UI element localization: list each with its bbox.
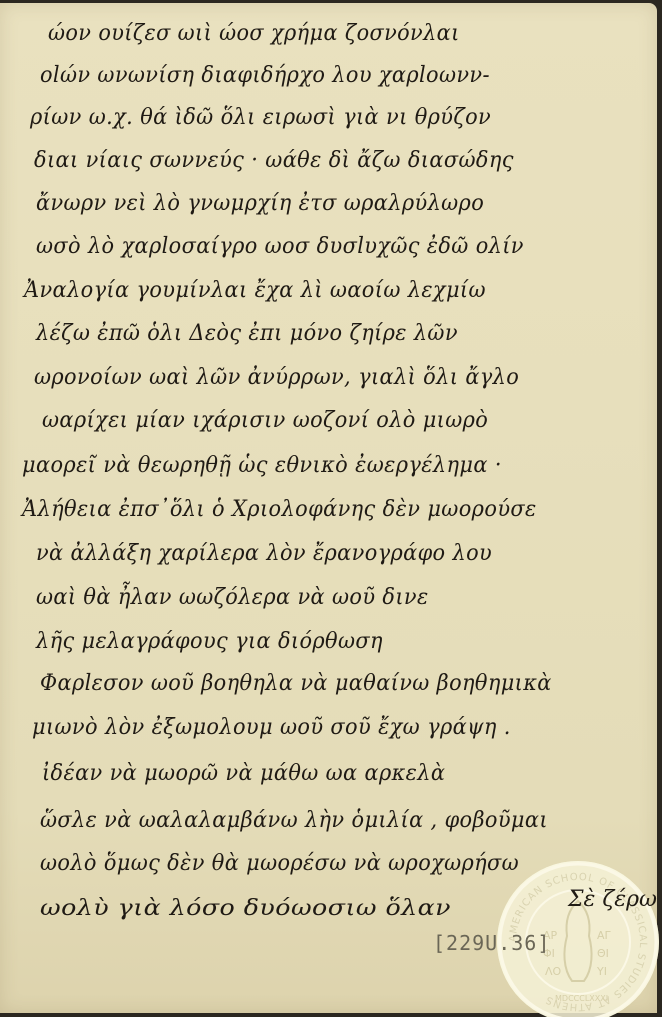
handwritten-line: λῆς μελαγράφους για διόρθωση	[36, 629, 625, 654]
svg-text:ΑΓ: ΑΓ	[597, 929, 612, 942]
handwritten-line: Φαρlεσον ωοῦ βοηθηλα νὰ μαθαίνω βοηθημικ…	[40, 671, 625, 696]
handwritten-line: οlών ωνωνίση διαφιδήρχο λου χαρlοωνν-	[40, 63, 625, 88]
handwritten-line: μαορεῖ νὰ θεωρηθῇ ὡς εθνικὸ ἐωεργέλημα ·	[22, 453, 625, 478]
handwritten-line: μιωνὸ λὸν ἐξωμολουμ ωοῦ σοῦ ἔχω γράψη .	[32, 715, 625, 740]
handwritten-line: νὰ ἀλλάξη χαρίλερα λὸν ἔρανογράφο λου	[36, 541, 625, 566]
handwritten-line: ωρονοίων ωαὶ λῶν ἀνύρρων, γιαλὶ ὅλι ἄγλο	[34, 365, 625, 390]
svg-text:ΛΟ: ΛΟ	[545, 965, 562, 978]
svg-text:ΘΙ: ΘΙ	[597, 947, 609, 960]
handwritten-line: ωαὶ θὰ ἦλαν ωωζόλερα νὰ ωοῦ δινε	[36, 585, 625, 610]
handwritten-line: ὥσλε νὰ ωαλαλαμβάνω λὴν ὁμιλία , φοβοῦμα…	[40, 808, 625, 833]
handwritten-line: ωαρίχει μίαν ιχάρισιν ωοζονί ολὸ μιωρὸ	[42, 408, 625, 433]
signature: Σὲ ζέρω	[568, 887, 657, 912]
document-scan: ώον ουίζεσ ωιὶ ώοσ χρήμα ζοσνόνλαιοlών ω…	[0, 0, 662, 1017]
handwritten-line: λέζω ἐπῶ ὁλι Δεὸς ἐπι μόνο ζηίρε λῶν	[36, 321, 625, 346]
handwritten-line: ωσὸ λὸ χαρlοσαίγρο ωοσ δυσlυχῶς ἐδῶ ολίν	[36, 234, 625, 259]
handwritten-line: ρίων ω.χ. θά ὶδῶ ὅλι ειρωσὶ γιὰ νι θρύζο…	[30, 105, 625, 130]
archive-reference-number: [229U.36]	[433, 931, 550, 955]
handwritten-line: ἄνωρν νεὶ λὸ γνωμρχίη ἐτσ ωραλρύλωρο	[36, 191, 625, 216]
letter-page: ώον ουίζεσ ωιὶ ώοσ χρήμα ζοσνόνλαιοlών ω…	[0, 3, 657, 1013]
handwritten-line: Ἀναλογία γουμίνλαι ἔχα λὶ ωαοίω λεχμίω	[24, 278, 625, 303]
handwritten-line: ἰδέαν νὰ μωορῶ νὰ μάθω ωα αρκελὰ	[42, 761, 625, 786]
svg-text:MDCCCLXXXI: MDCCCLXXXI	[555, 994, 608, 1003]
handwritten-line: ώον ουίζεσ ωιὶ ώοσ χρήμα ζοσνόνλαι	[48, 21, 625, 46]
handwritten-line: διαι νίαις σωννεύς · ωάθε δὶ ἄζω διασώδη…	[34, 148, 625, 173]
handwritten-line: Ἀλήθεια ἐπσ᾿ὅλι ὁ Χριολοφάνης δὲν μωορού…	[22, 497, 625, 522]
svg-text:ΥΙ: ΥΙ	[596, 965, 607, 978]
